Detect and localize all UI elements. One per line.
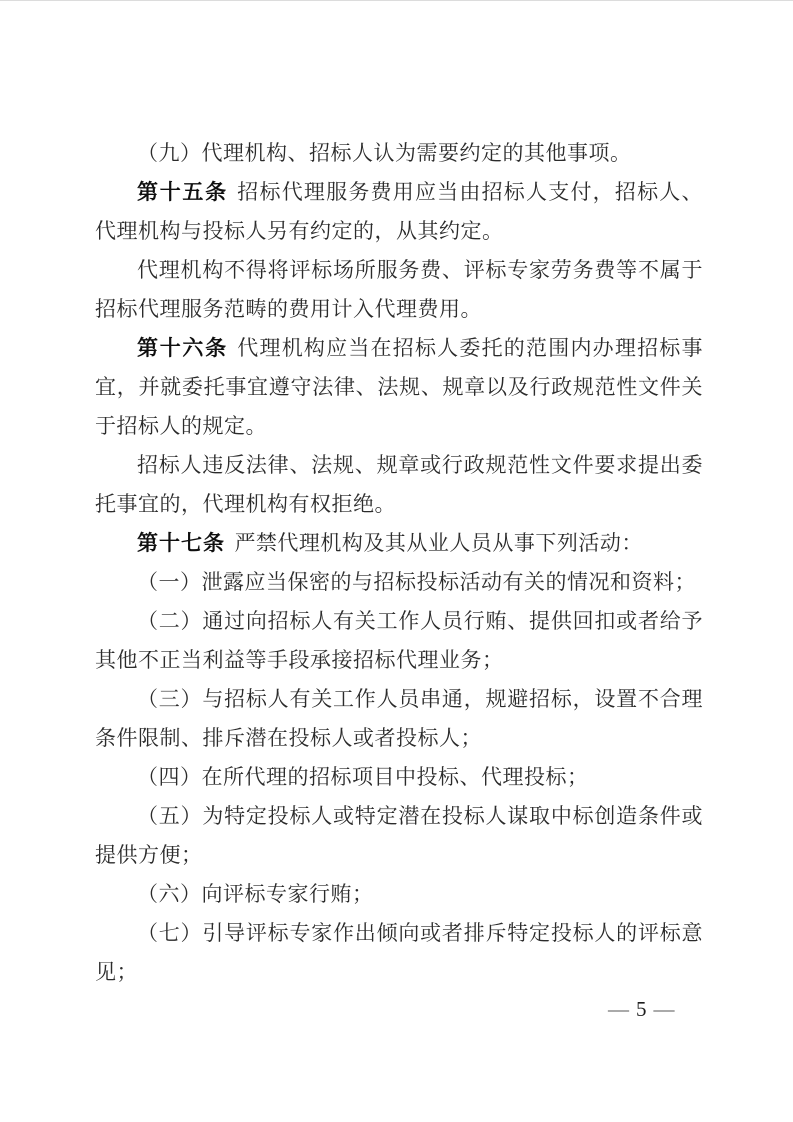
paragraph: （五）为特定投标人或特定潜在投标人谋取中标创造条件或提供方便； bbox=[95, 797, 703, 875]
paragraph: （六）向评标专家行贿； bbox=[95, 875, 703, 914]
paragraph: 第十六条代理机构应当在招标人委托的范围内办理招标事宜，并就委托事宜遵守法律、法规… bbox=[95, 329, 703, 446]
page-number-value: 5 bbox=[636, 997, 647, 1021]
page-number: —5— bbox=[608, 996, 675, 1022]
article-heading: 第十七条 bbox=[137, 532, 225, 555]
scan-edge-artifact bbox=[0, 0, 793, 1]
paragraph: （九）代理机构、招标人认为需要约定的其他事项。 bbox=[95, 134, 703, 173]
article-heading: 第十六条 bbox=[137, 337, 228, 360]
paragraph: 第十七条严禁代理机构及其从业人员从事下列活动： bbox=[95, 524, 703, 563]
paragraph: （七）引导评标专家作出倾向或者排斥特定投标人的评标意见； bbox=[95, 914, 703, 992]
paragraph-text: 严禁代理机构及其从业人员从事下列活动： bbox=[234, 531, 643, 555]
paragraph: 招标人违反法律、法规、规章或行政规范性文件要求提出委托事宜的，代理机构有权拒绝。 bbox=[95, 446, 703, 524]
article-heading: 第十五条 bbox=[137, 181, 228, 204]
page-number-left-dash: — bbox=[608, 997, 629, 1021]
paragraph: （四）在所代理的招标项目中投标、代理投标； bbox=[95, 758, 703, 797]
document-body: （九）代理机构、招标人认为需要约定的其他事项。 第十五条招标代理服务费用应当由招… bbox=[95, 134, 703, 992]
paragraph: （一）泄露应当保密的与招标投标活动有关的情况和资料； bbox=[95, 563, 703, 602]
paragraph: （二）通过向招标人有关工作人员行贿、提供回扣或者给予其他不正当利益等手段承接招标… bbox=[95, 602, 703, 680]
page-number-right-dash: — bbox=[654, 997, 675, 1021]
paragraph: 代理机构不得将评标场所服务费、评标专家劳务费等不属于招标代理服务范畴的费用计入代… bbox=[95, 251, 703, 329]
paragraph: （三）与招标人有关工作人员串通，规避招标，设置不合理条件限制、排斥潜在投标人或者… bbox=[95, 680, 703, 758]
paragraph: 第十五条招标代理服务费用应当由招标人支付，招标人、代理机构与投标人另有约定的，从… bbox=[95, 173, 703, 251]
